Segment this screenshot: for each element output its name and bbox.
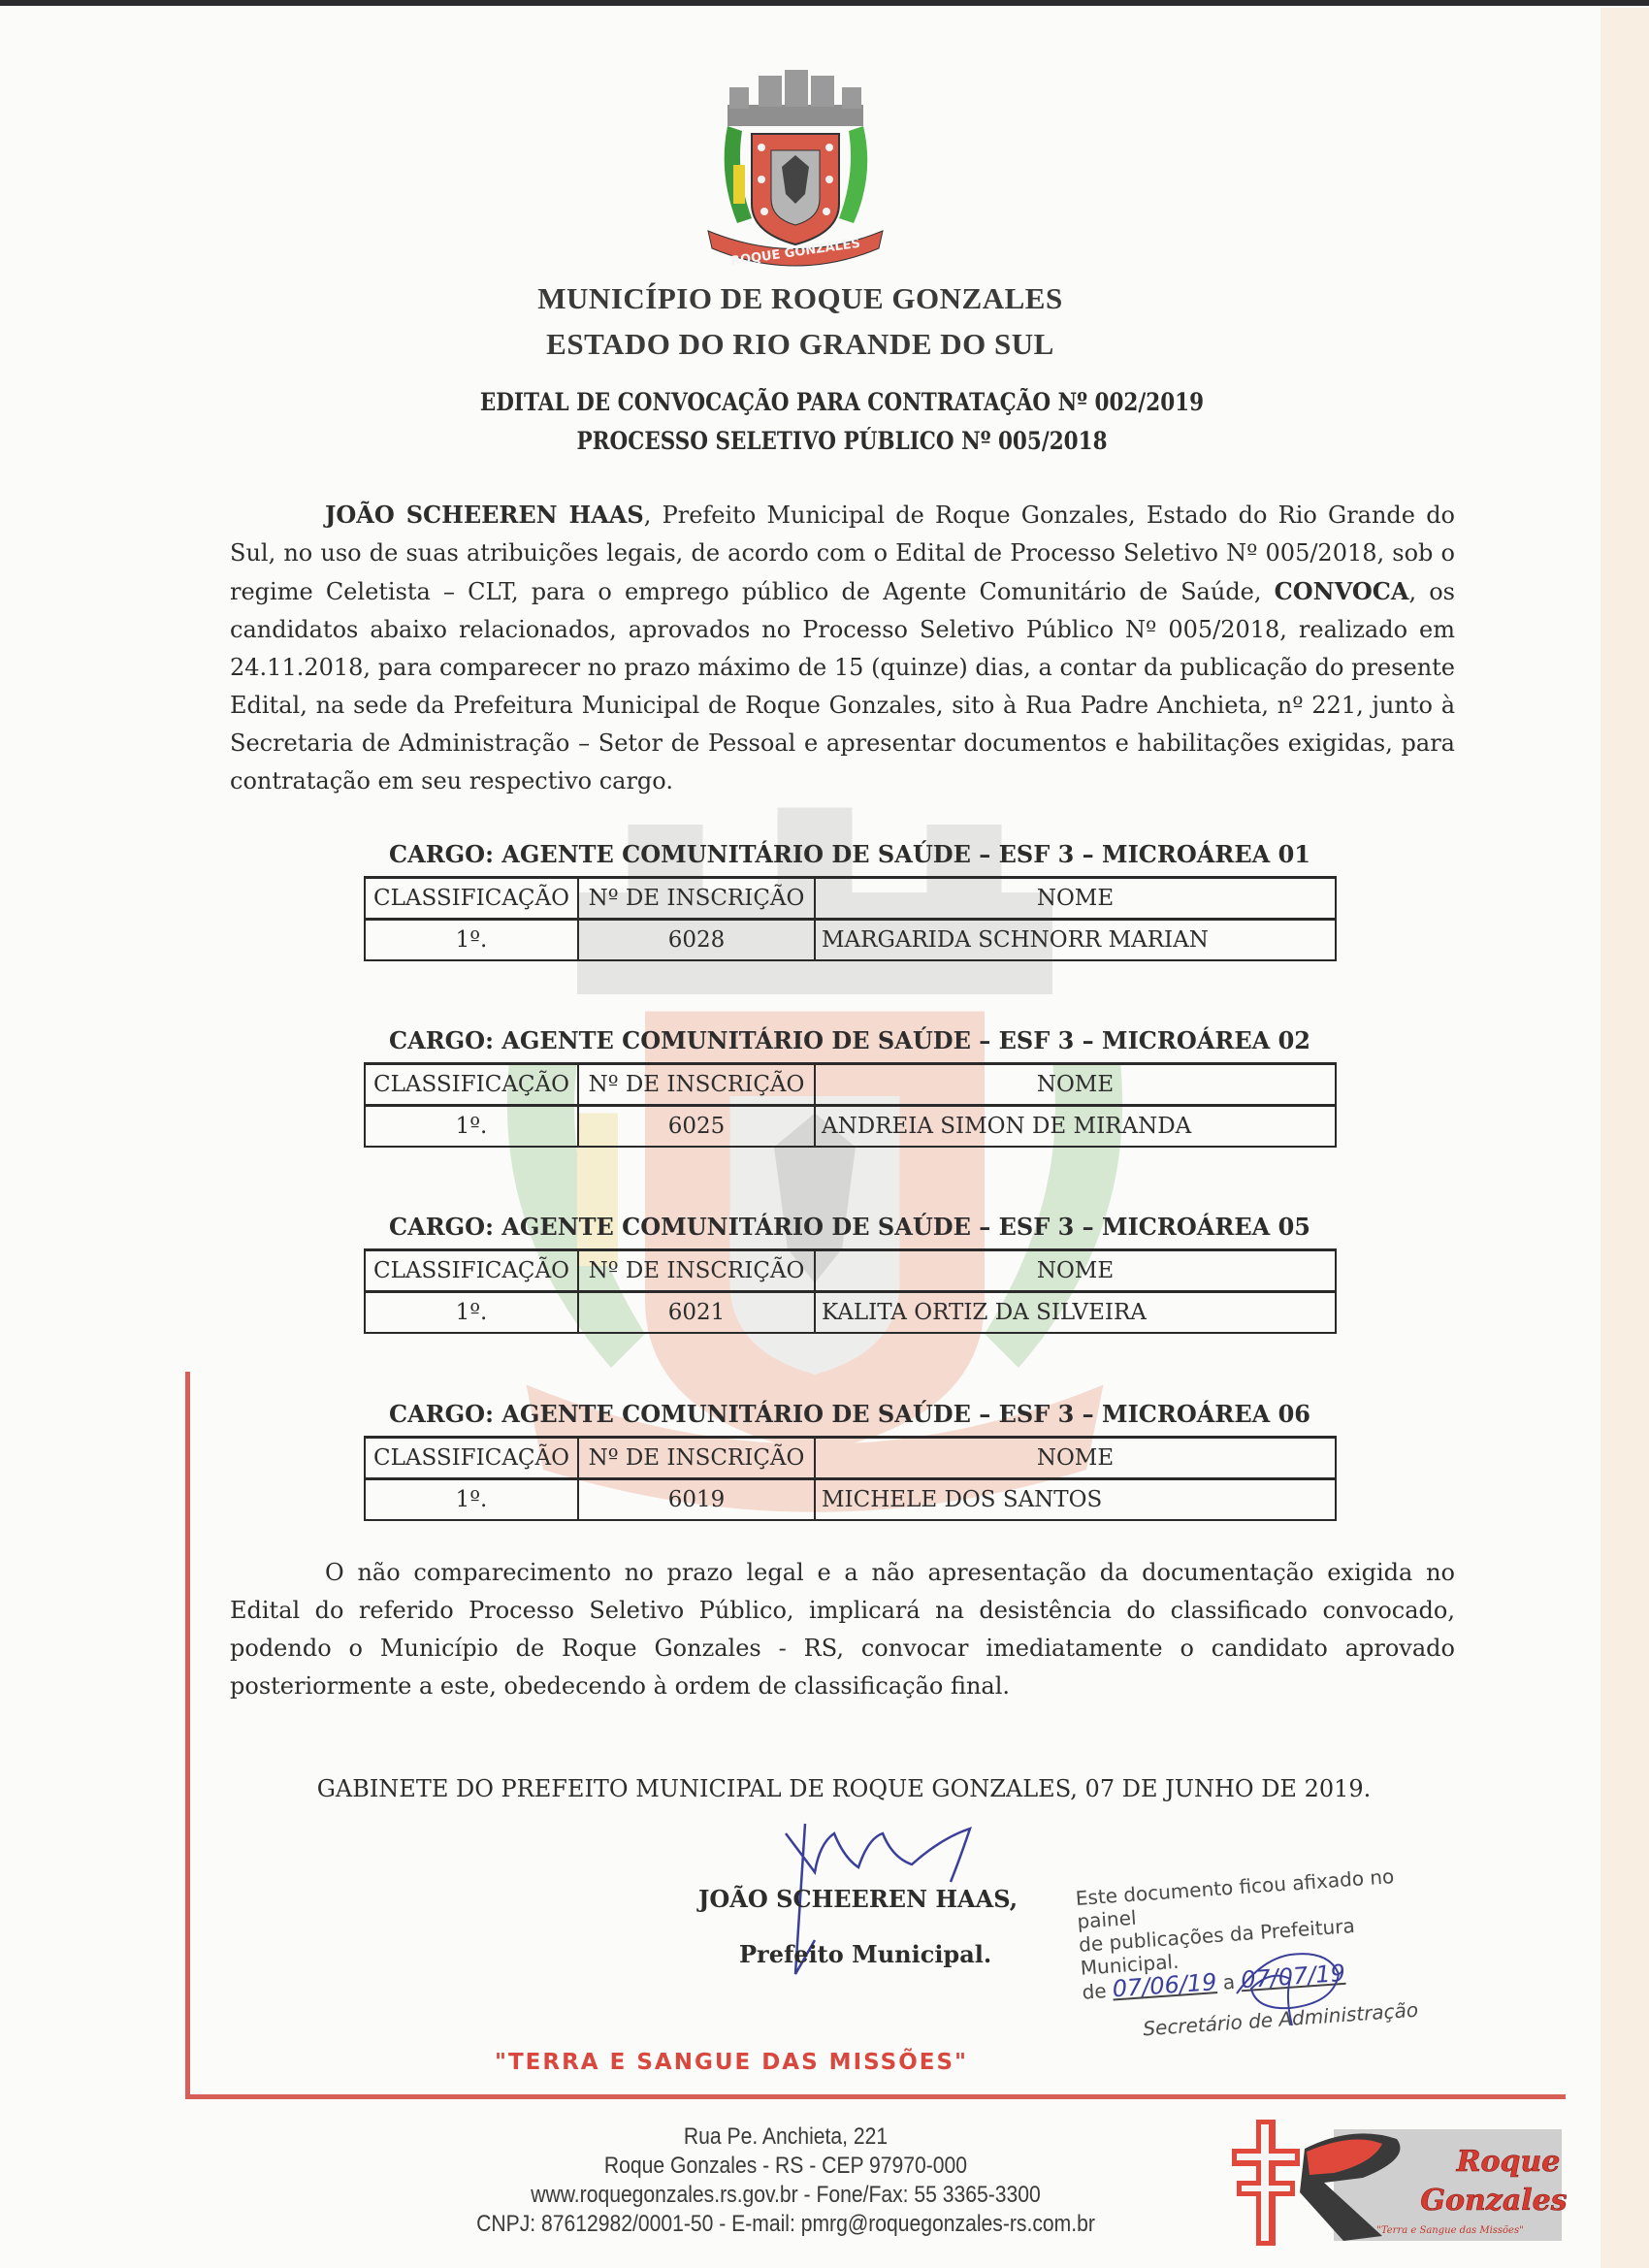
signatory-role: Prefeito Municipal. [739,1940,991,1968]
results-table: CLASSIFICAÇÃO Nº DE INSCRIÇÃO NOME 1º. 6… [364,1248,1337,1334]
roque-gonzales-logo: Roque Gonzales "Terra e Sangue das Missõ… [1217,2105,1567,2251]
cell-classificacao: 1º. [365,920,578,961]
header-inscricao: Nº DE INSCRIÇÃO [578,1250,815,1292]
scan-right-edge [1600,8,1649,2268]
cargo-title: CARGO: AGENTE COMUNITÁRIO DE SAÚDE – ESF… [364,1400,1336,1428]
header-nome: NOME [815,1064,1336,1106]
municipal-crest: ROQUE GONZALES [698,58,892,272]
convoca-keyword: CONVOCA [1275,577,1409,605]
border-line-vertical [185,1372,190,2099]
scan-top-edge [0,0,1649,6]
header-nome: NOME [815,1250,1336,1292]
municipality-heading: MUNICÍPIO DE ROQUE GONZALES [412,281,1188,316]
border-line-horizontal [185,2094,1566,2099]
stamp-de-label: de [1082,1979,1108,2004]
header-nome: NOME [815,878,1336,920]
table-header-row: CLASSIFICAÇÃO Nº DE INSCRIÇÃO NOME [365,1250,1336,1292]
cell-nome: ANDREIA SIMON DE MIRANDA [815,1106,1336,1148]
edital-title: EDITAL DE CONVOCAÇÃO PARA CONTRATAÇÃO Nº… [369,388,1316,416]
results-table: CLASSIFICAÇÃO Nº DE INSCRIÇÃO NOME 1º. 6… [364,1062,1337,1148]
logo-text-gonzales: Gonzales [1420,2184,1567,2218]
footer-city: Roque Gonzales - RS - CEP 97970-000 [419,2152,1153,2181]
header-inscricao: Nº DE INSCRIÇÃO [578,1438,815,1479]
results-table: CLASSIFICAÇÃO Nº DE INSCRIÇÃO NOME 1º. 6… [364,876,1337,961]
cell-classificacao: 1º. [365,1479,578,1521]
table-row: 1º. 6025 ANDREIA SIMON DE MIRANDA [365,1106,1336,1148]
cargo-title: CARGO: AGENTE COMUNITÁRIO DE SAÚDE – ESF… [364,840,1336,868]
results-table: CLASSIFICAÇÃO Nº DE INSCRIÇÃO NOME 1º. 6… [364,1436,1337,1521]
slogan: "TERRA E SANGUE DAS MISSÕES" [495,2050,968,2075]
header-inscricao: Nº DE INSCRIÇÃO [578,878,815,920]
secretary-signature [1232,1940,1348,2027]
cell-nome: KALITA ORTIZ DA SILVEIRA [815,1292,1336,1334]
process-title: PROCESSO SELETIVO PÚBLICO Nº 005/2018 [369,427,1316,455]
cell-inscricao: 6025 [578,1106,815,1148]
header-classificacao: CLASSIFICAÇÃO [365,1064,578,1106]
table-header-row: CLASSIFICAÇÃO Nº DE INSCRIÇÃO NOME [365,878,1336,920]
logo-text-roque: Roque [1456,2145,1561,2179]
intro-text-2: , os candidatos abaixo relacionados, apr… [230,578,1455,794]
logo-tagline: "Terra e Sangue das Missões" [1376,2225,1523,2236]
footer-web-phone: www.roquegonzales.rs.gov.br - Fone/Fax: … [419,2181,1153,2210]
cell-inscricao: 6028 [578,920,815,961]
table-row: 1º. 6019 MICHELE DOS SANTOS [365,1479,1336,1521]
footer-cnpj-email: CNPJ: 87612982/0001-50 - E-mail: pmrg@ro… [419,2210,1153,2239]
cell-classificacao: 1º. [365,1106,578,1148]
cell-nome: MARGARIDA SCHNORR MARIAN [815,920,1336,961]
footer-address: Rua Pe. Anchieta, 221 [419,2122,1153,2152]
cargo-title: CARGO: AGENTE COMUNITÁRIO DE SAÚDE – ESF… [364,1026,1336,1054]
stamp-date-from: 07/06/19 [1112,1968,1217,2002]
place-date-line: GABINETE DO PREFEITO MUNICIPAL DE ROQUE … [291,1775,1397,1802]
intro-paragraph: JOÃO SCHEEREN HAAS, Prefeito Municipal d… [230,496,1455,800]
table-header-row: CLASSIFICAÇÃO Nº DE INSCRIÇÃO NOME [365,1064,1336,1106]
state-heading: ESTADO DO RIO GRANDE DO SUL [412,327,1188,362]
header-classificacao: CLASSIFICAÇÃO [365,1438,578,1479]
header-classificacao: CLASSIFICAÇÃO [365,878,578,920]
header-nome: NOME [815,1438,1336,1479]
header-classificacao: CLASSIFICAÇÃO [365,1250,578,1292]
cell-inscricao: 6021 [578,1292,815,1334]
table-row: 1º. 6021 KALITA ORTIZ DA SILVEIRA [365,1292,1336,1334]
closing-paragraph: O não comparecimento no prazo legal e a … [230,1554,1455,1705]
cargo-title: CARGO: AGENTE COMUNITÁRIO DE SAÚDE – ESF… [364,1213,1336,1241]
table-row: 1º. 6028 MARGARIDA SCHNORR MARIAN [365,920,1336,961]
cell-inscricao: 6019 [578,1479,815,1521]
mayor-name: JOÃO SCHEEREN HAAS [325,501,644,529]
table-header-row: CLASSIFICAÇÃO Nº DE INSCRIÇÃO NOME [365,1438,1336,1479]
header-inscricao: Nº DE INSCRIÇÃO [578,1064,815,1106]
cell-classificacao: 1º. [365,1292,578,1334]
signatory-name: JOÃO SCHEEREN HAAS, [698,1885,1018,1913]
cell-nome: MICHELE DOS SANTOS [815,1479,1336,1521]
closing-text: O não comparecimento no prazo legal e a … [230,1559,1455,1700]
footer-contact: Rua Pe. Anchieta, 221 Roque Gonzales - R… [369,2122,1203,2239]
